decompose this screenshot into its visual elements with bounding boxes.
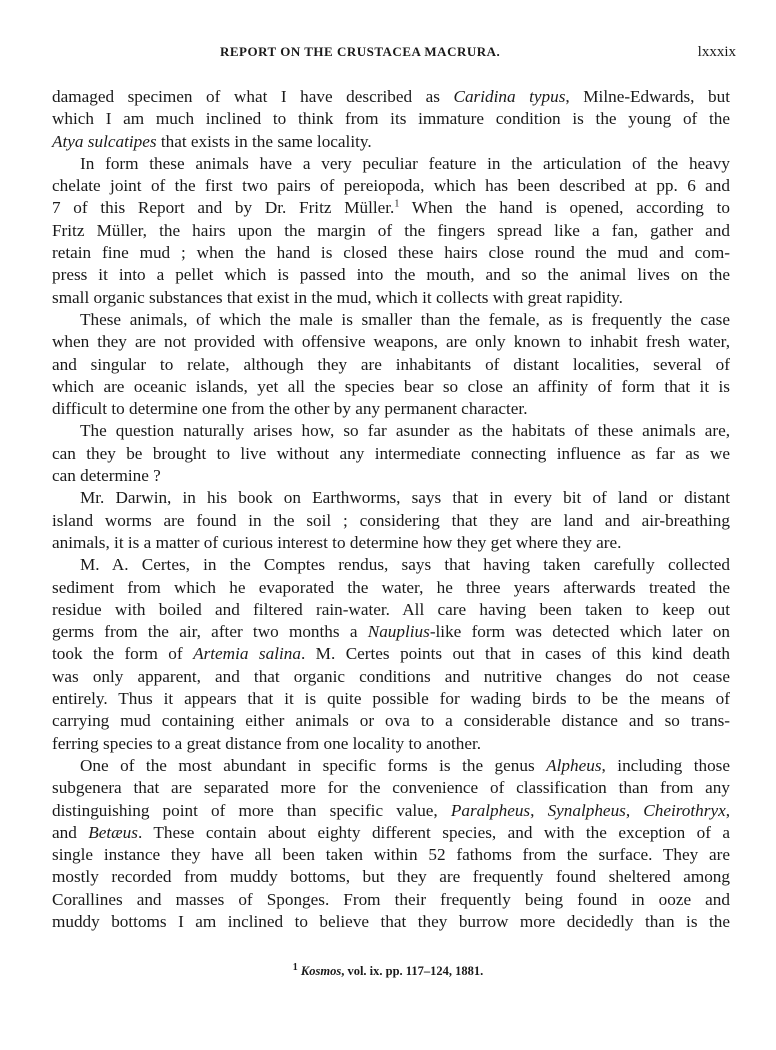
paragraph: These animals, of which the male is smal… [52,309,730,420]
text-segment: can determine ? [52,466,161,485]
text-line: small organic substances that exist in t… [52,287,730,309]
text-segment: retain fine mud ; when the hand is close… [52,243,730,262]
text-line: Corallines and masses of Sponges. From t… [52,889,730,911]
text-line: was only apparent, and that organic cond… [52,666,730,688]
text-segment: entirely. Thus it appears that it is qui… [52,689,730,708]
text-segment: Mr. Darwin, in his book on Earthworms, s… [80,488,730,507]
footnote-marker: 1 [293,962,298,973]
text-segment: Corallines and masses of Sponges. From t… [52,890,730,909]
text-line: subgenera that are separated more for th… [52,777,730,799]
text-line: distinguishing point of more than specif… [52,800,730,822]
running-title: REPORT ON THE CRUSTACEA MACRURA. [220,44,500,60]
italic-text: Synalpheus [548,801,626,820]
text-line: ferring species to a great distance from… [52,733,730,755]
text-line: mostly recorded from muddy bottoms, but … [52,866,730,888]
text-segment: press it into a pellet which is passed i… [52,265,730,284]
italic-text: Betæus [88,823,138,842]
italic-text: Artemia salina [193,644,301,663]
text-segment: small organic substances that exist in t… [52,288,623,307]
text-segment: when they are not provided with offensiv… [52,332,730,351]
text-line: difficult to determine one from the othe… [52,398,730,420]
italic-text: Alpheus [546,756,601,775]
text-line: and singular to relate, although they ar… [52,354,730,376]
text-line: can determine ? [52,465,730,487]
paragraph: Mr. Darwin, in his book on Earthworms, s… [52,487,730,554]
text-segment: single instance they have all been taken… [52,845,730,864]
text-line: took the form of Artemia salina. M. Cert… [52,643,730,665]
text-segment: that exists in the same locality. [157,132,372,151]
text-segment: can they be brought to live without any … [52,444,730,463]
text-line: muddy bottoms I am inclined to believe t… [52,911,730,933]
text-segment: One of the most abundant in specific for… [80,756,546,775]
text-line: island worms are found in the soil ; con… [52,510,730,532]
paragraph: In form these animals have a very peculi… [52,153,730,309]
text-segment: 7 of this Report and by Dr. Fritz Müller… [52,198,394,217]
text-segment: , including those [602,756,730,775]
text-line: These animals, of which the male is smal… [52,309,730,331]
text-segment: . M. Certes points out that in cases of … [301,644,730,663]
text-segment: muddy bottoms I am inclined to believe t… [52,912,730,931]
document-page: REPORT ON THE CRUSTACEA MACRURA. lxxxix … [0,0,776,1050]
text-line: press it into a pellet which is passed i… [52,264,730,286]
text-line: single instance they have all been taken… [52,844,730,866]
footnote-citation: , vol. ix. pp. 117–124, 1881. [341,964,483,978]
text-segment: sediment from which he evaporated the wa… [52,578,730,597]
text-segment: , [530,801,547,820]
text-segment: which I am much inclined to think from i… [52,109,730,128]
text-segment: , [626,801,643,820]
text-line: damaged specimen of what I have describe… [52,86,730,108]
italic-text: Nauplius [368,622,430,641]
text-line: Mr. Darwin, in his book on Earthworms, s… [52,487,730,509]
text-line: 7 of this Report and by Dr. Fritz Müller… [52,197,730,219]
text-segment: When the hand is opened, according to [399,198,730,217]
page-header: REPORT ON THE CRUSTACEA MACRURA. lxxxix [0,44,776,68]
footnote: 1 Kosmos, vol. ix. pp. 117–124, 1881. [0,964,776,979]
body-text: damaged specimen of what I have describe… [52,86,730,933]
text-line: M. A. Certes, in the Comptes rendus, say… [52,554,730,576]
text-line: retain fine mud ; when the hand is close… [52,242,730,264]
text-segment: residue with boiled and filtered rain-wa… [52,600,730,619]
text-segment: difficult to determine one from the othe… [52,399,528,418]
text-segment: M. A. Certes, in the Comptes rendus, say… [80,555,730,574]
text-segment: carrying mud containing either animals o… [52,711,730,730]
text-segment: chelate joint of the first two pairs of … [52,176,730,195]
text-line: sediment from which he evaporated the wa… [52,577,730,599]
paragraph: The question naturally arises how, so fa… [52,420,730,487]
text-line: can they be brought to live without any … [52,443,730,465]
text-segment: took the form of [52,644,193,663]
text-line: chelate joint of the first two pairs of … [52,175,730,197]
paragraph: One of the most abundant in specific for… [52,755,730,933]
text-segment: and singular to relate, although they ar… [52,355,730,374]
text-segment: In form these animals have a very peculi… [80,154,730,173]
text-segment: was only apparent, and that organic cond… [52,667,730,686]
text-segment: The question naturally arises how, so fa… [80,421,730,440]
text-segment: Fritz Müller, the hairs upon the margin … [52,221,730,240]
text-segment: and [52,823,88,842]
paragraph: damaged specimen of what I have describe… [52,86,730,153]
italic-text: Atya sulcatipes [52,132,157,151]
text-line: which I am much inclined to think from i… [52,108,730,130]
text-segment: These animals, of which the male is smal… [80,310,730,329]
text-line: germs from the air, after two months a N… [52,621,730,643]
text-segment: ferring species to a great distance from… [52,734,481,753]
text-line: One of the most abundant in specific for… [52,755,730,777]
italic-text: Paralpheus [451,801,530,820]
text-line: residue with boiled and filtered rain-wa… [52,599,730,621]
paragraph: M. A. Certes, in the Comptes rendus, say… [52,554,730,755]
footnote-source-title: Kosmos [301,964,341,978]
text-line: carrying mud containing either animals o… [52,710,730,732]
text-line: Atya sulcatipes that exists in the same … [52,131,730,153]
text-segment: . These contain about eighty different s… [138,823,730,842]
text-segment: damaged specimen of what I have describe… [52,87,453,106]
text-line: animals, it is a matter of curious inter… [52,532,730,554]
text-line: The question naturally arises how, so fa… [52,420,730,442]
text-line: In form these animals have a very peculi… [52,153,730,175]
text-segment: subgenera that are separated more for th… [52,778,730,797]
text-line: and Betæus. These contain about eighty d… [52,822,730,844]
text-segment: mostly recorded from muddy bottoms, but … [52,867,730,886]
text-segment: -like form was detected which later on [430,622,730,641]
text-segment: distinguishing point of more than specif… [52,801,451,820]
text-line: when they are not provided with offensiv… [52,331,730,353]
italic-text: Cheirothryx [643,801,725,820]
text-line: Fritz Müller, the hairs upon the margin … [52,220,730,242]
text-segment: which are oceanic islands, yet all the s… [52,377,730,396]
text-line: entirely. Thus it appears that it is qui… [52,688,730,710]
text-segment: , Milne-Edwards, but [565,87,730,106]
text-segment: island worms are found in the soil ; con… [52,511,730,530]
text-line: which are oceanic islands, yet all the s… [52,376,730,398]
page-number: lxxxix [698,44,736,61]
text-segment: germs from the air, after two months a [52,622,368,641]
text-segment: animals, it is a matter of curious inter… [52,533,621,552]
italic-text: Caridina typus [453,87,565,106]
text-segment: , [726,801,730,820]
